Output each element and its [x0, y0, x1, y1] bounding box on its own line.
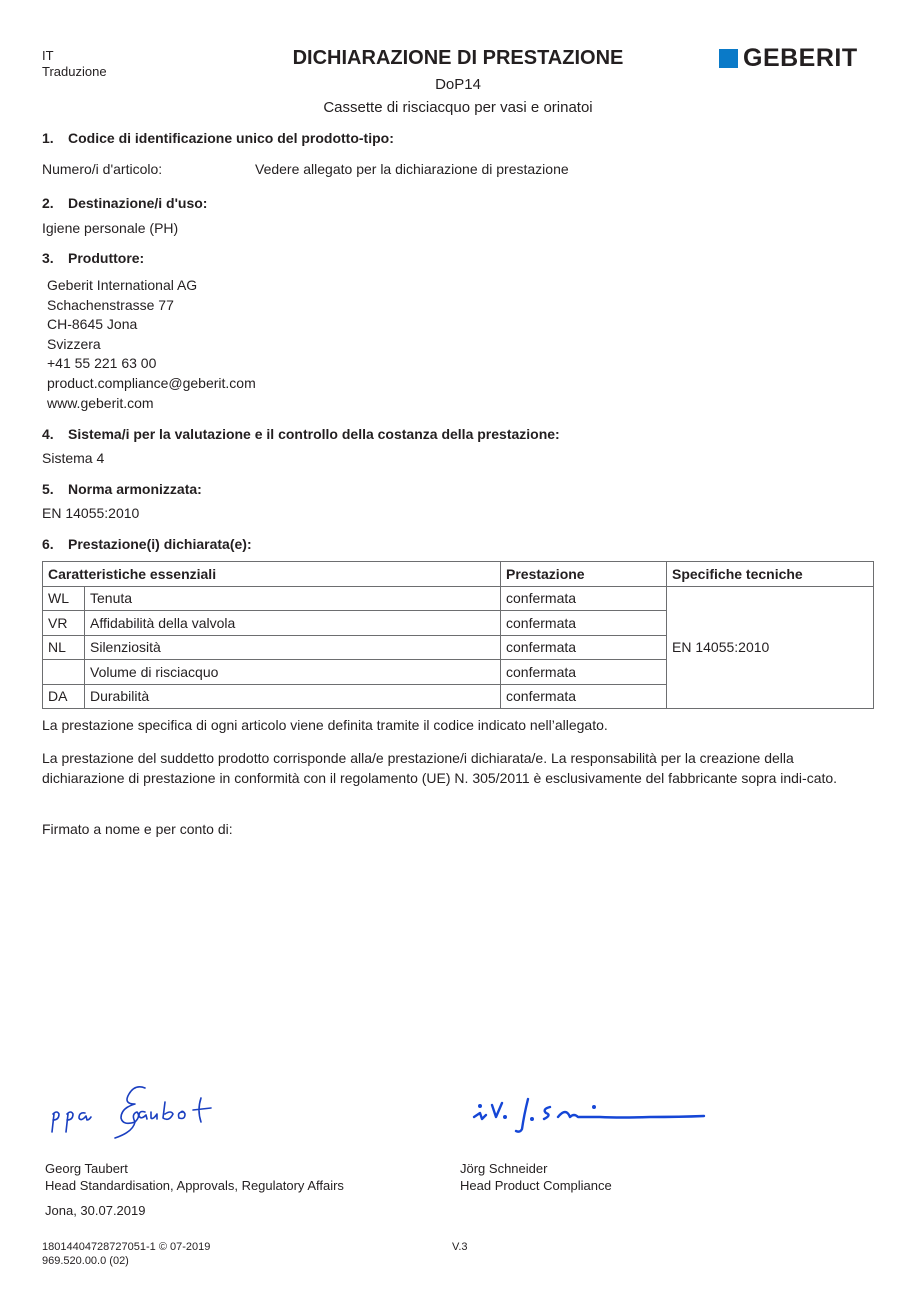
document-code: DoP14 [0, 76, 916, 93]
manufacturer-address: Geberit International AG Schachenstrasse… [47, 276, 256, 413]
signatory-left: Georg Taubert Head Standardisation, Appr… [45, 1160, 344, 1194]
article-number-label: Numero/i d'articolo: [42, 161, 162, 177]
row-code: WL [43, 586, 85, 611]
section-6-heading: 6.Prestazione(i) dichiarata(e): [42, 536, 252, 552]
harmonized-standard-value: EN 14055:2010 [42, 505, 139, 521]
performance-note: La prestazione specifica di ogni articol… [42, 716, 874, 736]
signatory-right: Jörg Schneider Head Product Compliance [460, 1160, 612, 1194]
section-number: 3. [42, 250, 68, 266]
section-2-heading: 2.Destinazione/i d'uso: [42, 195, 207, 211]
section-number: 5. [42, 481, 68, 497]
company-name: Geberit International AG [47, 276, 256, 296]
row-characteristic: Silenziosità [85, 635, 501, 660]
section-title: Destinazione/i d'uso: [68, 195, 207, 211]
row-characteristic: Durabilità [85, 684, 501, 709]
section-title: Produttore: [68, 250, 144, 266]
footer-version: V.3 [452, 1240, 468, 1254]
signatory-right-name: Jörg Schneider [460, 1160, 612, 1177]
section-title: Norma armonizzata: [68, 481, 202, 497]
website: www.geberit.com [47, 394, 256, 414]
row-code: VR [43, 611, 85, 636]
signatory-left-name: Georg Taubert [45, 1160, 344, 1177]
row-performance: confermata [501, 586, 667, 611]
street: Schachenstrasse 77 [47, 296, 256, 316]
assessment-system-value: Sistema 4 [42, 450, 104, 466]
section-number: 6. [42, 536, 68, 552]
geberit-logo: GEBERIT [719, 46, 858, 70]
phone: +41 55 221 63 00 [47, 354, 256, 374]
country: Svizzera [47, 335, 256, 355]
row-code: DA [43, 684, 85, 709]
row-performance: confermata [501, 611, 667, 636]
footer-article-ref: 969.520.00.0 (02) [42, 1254, 210, 1268]
article-number-value: Vedere allegato per la dichiarazione di … [255, 161, 569, 177]
section-5-heading: 5.Norma armonizzata: [42, 481, 202, 497]
performance-table: Caratteristiche essenziali Prestazione S… [42, 561, 874, 709]
row-code [43, 660, 85, 685]
row-performance: confermata [501, 660, 667, 685]
section-number: 2. [42, 195, 68, 211]
section-number: 1. [42, 130, 68, 146]
header-technical-specs: Specifiche tecniche [667, 562, 874, 587]
row-code: NL [43, 635, 85, 660]
place-date: Jona, 30.07.2019 [45, 1202, 145, 1219]
row-characteristic: Tenuta [85, 586, 501, 611]
header-performance: Prestazione [501, 562, 667, 587]
email: product.compliance@geberit.com [47, 374, 256, 394]
section-title: Codice di identificazione unico del prod… [68, 130, 394, 146]
document-subtitle: Cassette di risciacquo per vasi e orinat… [0, 99, 916, 116]
table-header-row: Caratteristiche essenziali Prestazione S… [43, 562, 874, 587]
signed-on-behalf: Firmato a nome e per conto di: [42, 820, 874, 840]
header-characteristics: Caratteristiche essenziali [43, 562, 501, 587]
row-performance: confermata [501, 684, 667, 709]
section-title: Prestazione(i) dichiarata(e): [68, 536, 252, 552]
table-row: WL Tenuta confermata EN 14055:2010 [43, 586, 874, 611]
section-1-heading: 1.Codice di identificazione unico del pr… [42, 130, 394, 146]
section-3-heading: 3.Produttore: [42, 250, 144, 266]
conformity-statement: La prestazione del suddetto prodotto cor… [42, 749, 868, 788]
footer-left: 18014404728727051-1 © 07-2019 969.520.00… [42, 1240, 210, 1268]
signatory-left-role: Head Standardisation, Approvals, Regulat… [45, 1177, 344, 1194]
row-performance: confermata [501, 635, 667, 660]
signature-schneider-icon [470, 1095, 710, 1145]
geberit-logo-square-icon [719, 49, 738, 68]
technical-spec-value: EN 14055:2010 [667, 586, 874, 709]
footer-doc-number: 18014404728727051-1 © 07-2019 [42, 1240, 210, 1254]
geberit-logo-text: GEBERIT [743, 46, 858, 70]
section-title: Sistema/i per la valutazione e il contro… [68, 426, 560, 442]
row-characteristic: Affidabilità della valvola [85, 611, 501, 636]
row-characteristic: Volume di risciacquo [85, 660, 501, 685]
signatory-right-role: Head Product Compliance [460, 1177, 612, 1194]
section-number: 4. [42, 426, 68, 442]
city: CH-8645 Jona [47, 315, 256, 335]
signature-taubert-icon [45, 1082, 255, 1152]
intended-use-value: Igiene personale (PH) [42, 220, 178, 236]
section-4-heading: 4.Sistema/i per la valutazione e il cont… [42, 426, 560, 442]
